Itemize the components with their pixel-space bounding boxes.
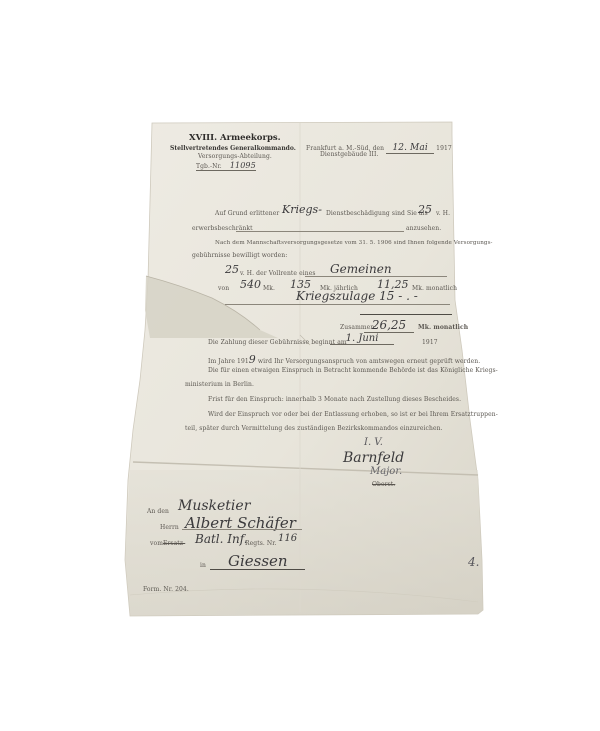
war-allowance: Kriegszulage 15 - . - — [296, 289, 418, 303]
department-label: Versorgungs-Abteilung. — [198, 153, 272, 160]
disability-percent-unit: v. H. — [436, 210, 450, 217]
submit-line1: Wird der Einspruch vor oder bei der Entl… — [208, 411, 498, 418]
payment-start-date: 1. Juni — [330, 333, 394, 345]
pension-percent: 25 — [225, 263, 239, 276]
struck-rank: Oberst. — [372, 481, 395, 488]
signature-name: Barnfeld — [343, 450, 404, 466]
journal-number: 11095 — [230, 161, 256, 170]
address-title: Musketier — [178, 498, 250, 514]
unit-mk: Mk. — [263, 285, 275, 292]
amount-prefix: von — [218, 285, 229, 292]
date-year: 1917 — [436, 145, 452, 152]
deadline-text: Frist für den Einspruch: innerhalb 3 Mon… — [208, 396, 461, 403]
authority-line2: ministerium in Berlin. — [185, 381, 254, 388]
date-day-month: 12. Mai — [386, 143, 434, 154]
unit-handwritten: Batl. Inf. — [195, 532, 248, 546]
form-number: Form. Nr. 204. — [143, 586, 189, 593]
review-line: Im Jahre 1919 wird Ihr Versorgungsanspru… — [208, 353, 480, 366]
payment-start-year: 1917 — [422, 339, 438, 346]
regiment-label: Regts. Nr. — [245, 540, 277, 547]
cause-handwritten: Kriegs- — [282, 203, 322, 216]
margin-mark: 4. — [468, 555, 479, 569]
building-label: Dienstgebäude III. — [320, 151, 378, 158]
cause-middle: Dienstbeschädigung sind Sie als — [326, 210, 428, 217]
command-heading: Stellvertretendes Generalkommando. — [170, 145, 296, 152]
unit-label-struck: Ersatz- — [163, 540, 185, 547]
address-in-label: in — [200, 562, 206, 569]
authority-line1: Die für einen etwaigen Einspruch in Betr… — [208, 367, 498, 374]
corps-heading: XVIII. Armeekorps. — [189, 133, 281, 143]
disability-percent: 25 — [418, 203, 432, 216]
review-suffix: wird Ihr Versorgungsanspruch von amtsweg… — [258, 358, 480, 365]
law-paragraph-line1: Nach dem Mannschaftsversorgungsgesetze v… — [215, 240, 493, 246]
review-prefix: Im Jahre 191 — [208, 358, 249, 365]
signature-rank: Major. — [370, 466, 402, 477]
law-paragraph-line2: gebührnisse bewilligt worden: — [192, 252, 287, 259]
regiment-number: 116 — [278, 533, 297, 544]
submit-line2: teil, später durch Vermittelung des zust… — [185, 425, 443, 432]
journal-number-field: Tgb.-Nr. 11095 — [196, 161, 256, 171]
address-herrn-label: Herrn — [160, 524, 179, 531]
annual-full-amount: 540 — [240, 278, 261, 291]
pension-rank: Gemeinen — [330, 262, 392, 276]
recipient-town: Giessen — [228, 552, 288, 570]
cause-prefix: Auf Grund erlittener — [215, 210, 279, 217]
unit-line: vomErsatz- — [150, 540, 185, 547]
payment-start-prefix: Die Zahlung dieser Gebührnisse beginnt a… — [208, 339, 347, 346]
signature-initials: I. V. — [364, 437, 383, 448]
unit-label-prefix: vom — [150, 540, 163, 547]
address-to-label: An den — [147, 508, 169, 515]
total-unit: Mk. monatlich — [418, 324, 468, 331]
document-sheet: XVIII. Armeekorps. Stellvertretendes Gen… — [0, 0, 600, 731]
total-amount: 26,25 — [364, 318, 414, 333]
journal-label: Tgb.-Nr. — [196, 163, 222, 170]
regarded-label: anzusehen. — [406, 225, 441, 232]
review-year-digit: 9 — [249, 353, 256, 366]
monthly-label: Mk. monatlich — [412, 285, 457, 292]
